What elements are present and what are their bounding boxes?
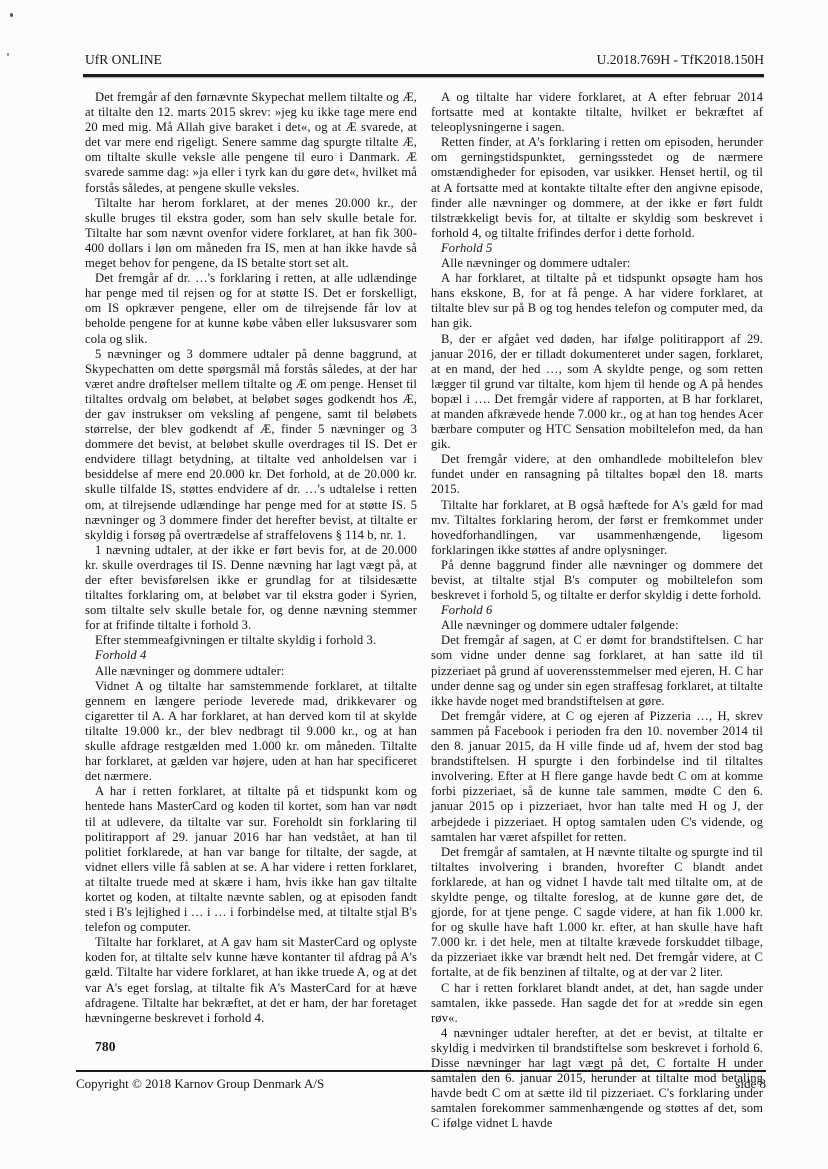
- header-rule: [83, 74, 764, 77]
- paragraph: Retten finder, at A's forklaring i rette…: [431, 135, 763, 241]
- paragraph: 5 nævninger og 3 dommere udtaler på denn…: [85, 347, 417, 543]
- body-columns: Det fremgår af den førnævnte Skypechat m…: [85, 90, 763, 1131]
- paragraph: Det fremgår videre, at C og ejeren af Pi…: [431, 709, 763, 845]
- paragraph: Alle nævninger og dommere udtaler følgen…: [431, 618, 763, 633]
- paragraph: Det fremgår af sagen, at C er dømt for b…: [431, 633, 763, 708]
- paragraph: Tiltalte har forklaret, at A gav ham sit…: [85, 935, 417, 1026]
- paragraph: Tiltalte har forklaret, at B også hæfted…: [431, 498, 763, 558]
- paragraph: 1 nævning udtaler, at der ikke er ført b…: [85, 543, 417, 634]
- paragraph: B, der er afgået ved døden, har ifølge p…: [431, 332, 763, 453]
- footer-page-label: side 8: [735, 1076, 766, 1092]
- journal-title: UfR ONLINE: [85, 52, 162, 68]
- paragraph: A har i retten forklaret, at tiltalte på…: [85, 784, 417, 935]
- scan-speck: [7, 53, 9, 56]
- paragraph: Det fremgår af dr. …'s forklaring i rett…: [85, 271, 417, 346]
- document-page: UfR ONLINE U.2018.769H - TfK2018.150H De…: [0, 0, 828, 1169]
- page-footer: Copyright © 2018 Karnov Group Denmark A/…: [76, 1070, 766, 1092]
- paragraph: Alle nævninger og dommere udtaler:: [85, 664, 417, 679]
- paragraph: C har i retten forklaret blandt andet, a…: [431, 981, 763, 1026]
- paragraph: A og tiltalte har videre forklaret, at A…: [431, 90, 763, 135]
- paragraph: Det fremgår af samtalen, at H nævnte til…: [431, 845, 763, 981]
- paragraph: Det fremgår videre, at den omhandlede mo…: [431, 452, 763, 497]
- section-heading-forhold-4: Forhold 4: [85, 648, 417, 663]
- paragraph: Det fremgår af den førnævnte Skypechat m…: [85, 90, 417, 196]
- paragraph: Alle nævninger og dommere udtaler:: [431, 256, 763, 271]
- paragraph: Efter stemmeafgivningen er tiltalte skyl…: [85, 633, 417, 648]
- right-column: A og tiltalte har videre forklaret, at A…: [431, 90, 763, 1131]
- section-heading-forhold-6: Forhold 6: [431, 603, 763, 618]
- left-column: Det fremgår af den førnævnte Skypechat m…: [85, 90, 417, 1131]
- paragraph: Tiltalte har herom forklaret, at der men…: [85, 196, 417, 271]
- copyright-text: Copyright © 2018 Karnov Group Denmark A/…: [76, 1076, 324, 1092]
- section-heading-forhold-5: Forhold 5: [431, 241, 763, 256]
- paragraph: A har forklaret, at tiltalte på et tidsp…: [431, 271, 763, 331]
- paragraph: På denne baggrund finder alle nævninger …: [431, 558, 763, 603]
- case-reference: U.2018.769H - TfK2018.150H: [597, 52, 764, 68]
- scan-speck: [10, 13, 13, 17]
- page-header: UfR ONLINE U.2018.769H - TfK2018.150H: [85, 52, 764, 68]
- print-page-number: 780: [85, 1039, 417, 1054]
- paragraph: Vidnet A og tiltalte har samstemmende fo…: [85, 679, 417, 785]
